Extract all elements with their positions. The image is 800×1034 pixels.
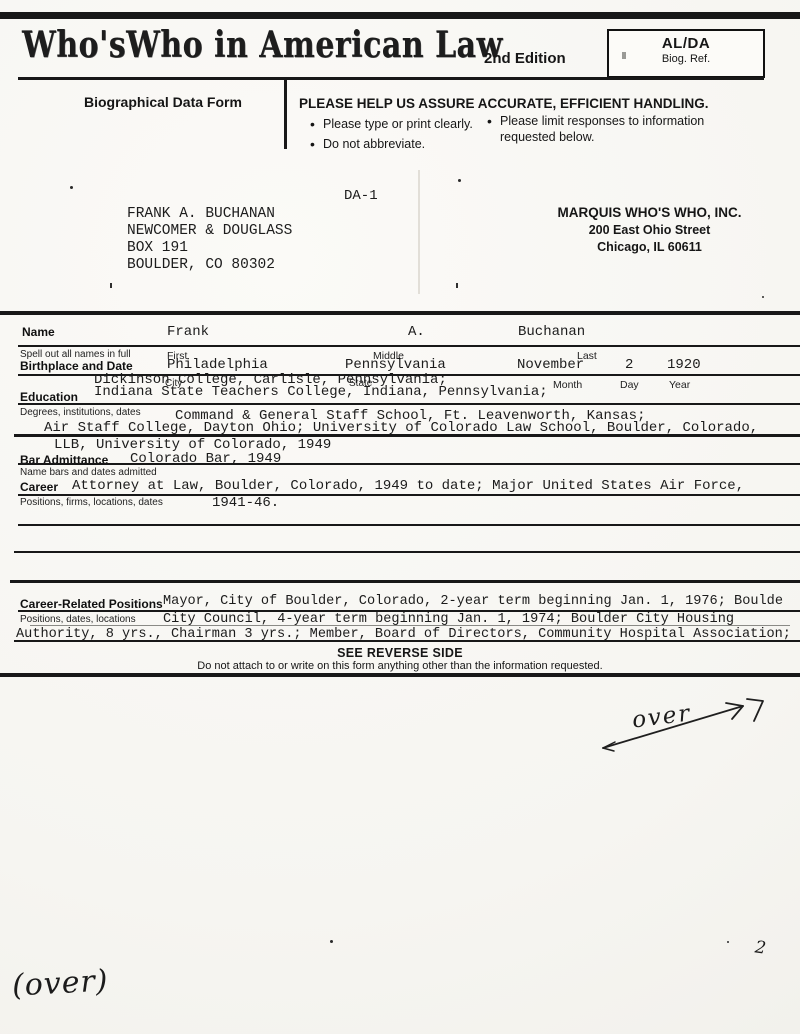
career-related-label: Career-Related Positions [20, 597, 163, 611]
rule [14, 640, 800, 642]
name-last-value: Buchanan [518, 324, 585, 340]
scan-artifact [727, 941, 729, 943]
handling-notice: PLEASE HELP US ASSURE ACCURATE, EFFICIEN… [299, 96, 709, 111]
birthplace-label: Birthplace and Date [20, 359, 133, 373]
month-col-label: Month [553, 379, 582, 391]
bar-admittance-hint: Name bars and dates admitted [20, 467, 157, 478]
name-middle-value: A. [408, 324, 425, 340]
instruction-bullet: Do not abbreviate. [310, 136, 425, 153]
scan-artifact [330, 940, 333, 943]
address-line: FRANK A. BUCHANAN [127, 206, 292, 223]
rule [30, 625, 790, 626]
name-first-value: Frank [167, 324, 209, 340]
bottom-instruction-note: Do not attach to or write on this form a… [0, 660, 800, 672]
birth-city-value: Philadelphia [167, 357, 268, 373]
career-related-hint: Positions, dates, locations [20, 614, 136, 625]
classification-code: AL/DA [609, 35, 763, 52]
form-bottom-rule [0, 673, 800, 677]
address-line: BOX 191 [127, 240, 292, 257]
rule [18, 494, 800, 496]
rule [18, 463, 800, 465]
publisher-name: MARQUIS WHO'S WHO, INC. [537, 205, 762, 220]
birth-state-value: Pennsylvania [345, 357, 446, 373]
handwritten-page-number: 2 [754, 937, 768, 958]
rule [18, 345, 800, 347]
publisher-city: Chicago, IL 60611 [537, 240, 762, 254]
classification-box: AL/DA Biog. Ref. [607, 29, 765, 78]
career-entry: 1941-46. [212, 495, 279, 511]
education-hint: Degrees, institutions, dates [20, 407, 141, 418]
career-entry: Attorney at Law, Boulder, Colorado, 1949… [72, 478, 744, 494]
rule [10, 580, 800, 583]
see-reverse-note: SEE REVERSE SIDE [0, 646, 800, 660]
header-underline-rule [18, 77, 764, 80]
year-col-label: Year [669, 379, 690, 391]
scan-artifact [762, 296, 764, 298]
scan-artifact [622, 52, 626, 59]
scanned-biographical-data-form: Who'sWho in American Law 2nd Edition AL/… [0, 0, 800, 1034]
day-col-label: Day [620, 379, 639, 391]
career-related-entry: Mayor, City of Boulder, Colorado, 2-year… [163, 594, 783, 609]
career-hint: Positions, firms, locations, dates [20, 497, 163, 508]
edition-label: 2nd Edition [484, 50, 566, 67]
rule [18, 403, 800, 405]
name-label: Name [22, 325, 55, 339]
publisher-address: MARQUIS WHO'S WHO, INC. 200 East Ohio St… [537, 205, 762, 254]
career-label: Career [20, 480, 58, 494]
rule [18, 524, 800, 526]
top-border-rule [0, 12, 800, 19]
scan-artifact [70, 186, 73, 189]
bullet-icon [310, 116, 323, 133]
scan-artifact [418, 170, 420, 294]
scan-artifact [458, 179, 461, 182]
publisher-street: 200 East Ohio Street [537, 223, 762, 237]
bullet-icon [487, 113, 500, 145]
education-label: Education [20, 390, 78, 404]
education-entry: Indiana State Teachers College, Indiana,… [94, 384, 548, 400]
address-line: NEWCOMER & DOUGLASS [127, 223, 292, 240]
instruction-bullet: Please limit responses to information re… [487, 113, 722, 145]
handwritten-over-bottom-note: (over) [11, 963, 109, 1003]
instruction-bullet: Please type or print clearly. [310, 116, 473, 133]
birth-year-value: 1920 [667, 357, 701, 373]
bullet-icon [310, 136, 323, 153]
instruction-text: Do not abbreviate. [323, 136, 425, 153]
publication-title: Who'sWho in American Law [22, 24, 503, 67]
scan-artifact [456, 283, 458, 288]
mailing-code: DA-1 [344, 188, 378, 204]
birth-day-value: 2 [625, 357, 633, 373]
form-title: Biographical Data Form [84, 94, 242, 110]
instruction-text: Please type or print clearly. [323, 116, 473, 133]
rule [14, 551, 800, 553]
instruction-text: Please limit responses to information re… [500, 113, 722, 145]
scan-artifact [110, 283, 112, 288]
classification-subtitle: Biog. Ref. [609, 53, 763, 65]
form-top-rule [0, 311, 800, 315]
recipient-address: FRANK A. BUCHANAN NEWCOMER & DOUGLASS BO… [127, 206, 292, 274]
address-line: BOULDER, CO 80302 [127, 257, 292, 274]
birth-month-value: November [517, 357, 584, 373]
header-divider-rule [284, 77, 287, 149]
